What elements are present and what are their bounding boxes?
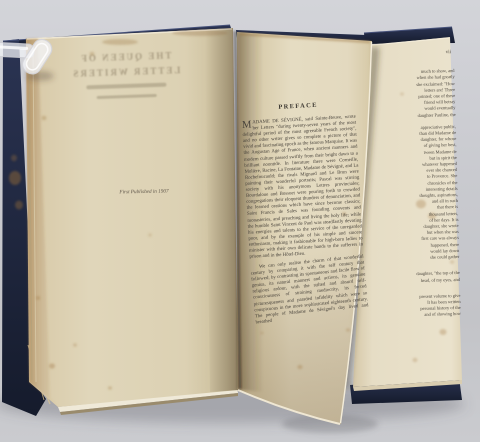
ghost-title-showthrough: THE QUEEN OF LETTER WRITERS [57,50,195,101]
text-fragment-block: daughter, "the top of thehead, of my eye… [358,270,460,285]
page-fragment-line: daughter Pauline, the [354,112,456,121]
preface-text-block: PREFACE MADAME DE SÉVIGNÉ, said Sainte-B… [241,100,367,327]
page-fragment-line: head, of my eyes, and [358,276,460,285]
back-page-text-block: vii much to show, andwhen she had greatl… [352,50,461,320]
text-fragment-block: present volume to giveIt has been writte… [358,293,461,320]
preface-paragraph-2: We can only realise the charm of that wo… [250,254,369,326]
preface-paragraph-1-text: ADAME DE SÉVIGNÉ, said Sainte-Beuve, wro… [243,115,364,260]
ghost-text-bar [86,83,166,89]
folio-number: vii [352,50,451,59]
text-fragment-block: appreciative public,than did Madame deda… [354,124,460,263]
drop-cap: M [242,120,252,130]
ghost-title-line2: LETTER WRITERS [58,65,194,80]
page-fragment-line: she could gather [357,254,459,263]
book-photograph: THE QUEEN OF LETTER WRITERS First Publis… [0,0,480,442]
preface-paragraph-1: MADAME DE SÉVIGNÉ, said Sainte-Beuve, wr… [242,115,364,261]
text-fragment-block: much to show, andwhen she had greatlyshe… [353,68,456,120]
